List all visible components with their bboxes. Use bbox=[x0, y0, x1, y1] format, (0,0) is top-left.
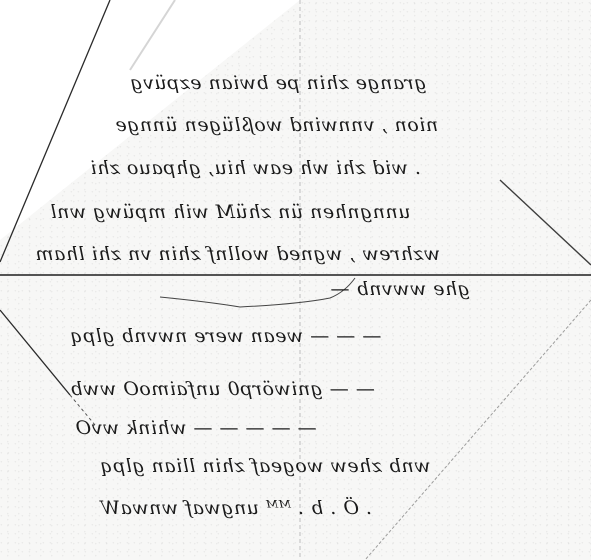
letter-line: wnb zhew wogeaf zhin llian glpq bbox=[100, 455, 490, 477]
letter-line: wzhrew , wgned wollnf zhin vn zhi lham bbox=[35, 243, 510, 265]
letter-line: — — — — — whink wvO bbox=[75, 417, 485, 439]
letter-page: grange zhin pe bwian ezpüvg nion , vnnwi… bbox=[0, 0, 591, 560]
letter-line: grange zhin pe bwian ezpüvg bbox=[130, 72, 500, 94]
letter-line: . wid zhi wh eaw hiu, ghpauo zhi bbox=[90, 157, 510, 179]
letter-line: . Ö . b . ᴹᴹ ungwaf wnwaW bbox=[100, 497, 480, 519]
letter-line: ghe wwvnb — bbox=[330, 278, 500, 300]
letter-line: nion , vnnwind woßlügen ünnge bbox=[115, 114, 505, 136]
letter-line: — — — wean were nwvnb glpq bbox=[70, 325, 470, 347]
letter-line: unngnhen ün zhüM wih mpüwg wnl bbox=[50, 201, 510, 223]
letter-line: — — gniwörp0 unfaimoO wwb bbox=[70, 378, 470, 400]
